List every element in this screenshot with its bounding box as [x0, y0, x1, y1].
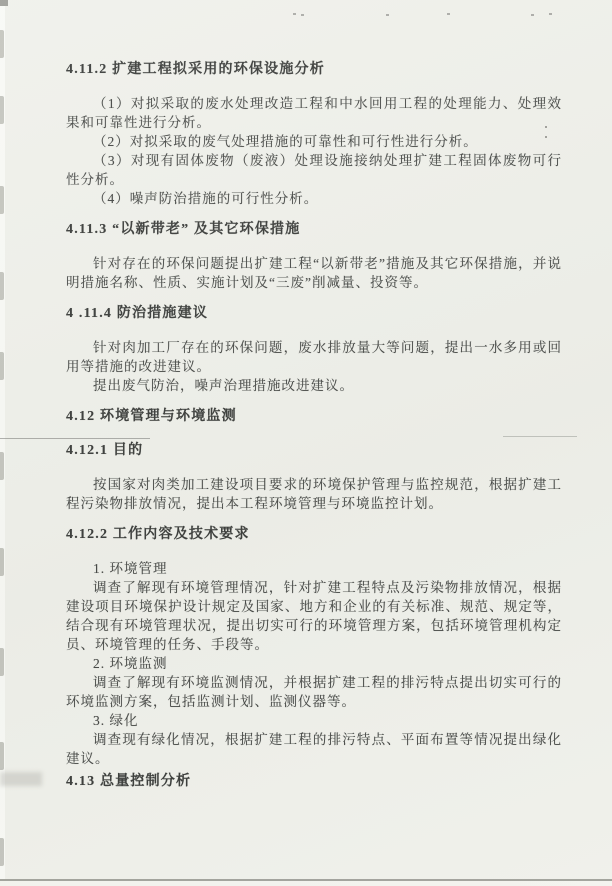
document-content: 4.11.2 扩建工程拟采用的环保设施分析 （1）对拟采取的废水处理改造工程和中…: [66, 60, 562, 806]
edge-tear-mark: [0, 96, 4, 124]
section-heading: 4.11.2 扩建工程拟采用的环保设施分析: [66, 60, 562, 79]
scanned-page: 4.11.2 扩建工程拟采用的环保设施分析 （1）对拟采取的废水处理改造工程和中…: [0, 0, 612, 886]
edge-tear-mark: [0, 272, 4, 300]
section-paragraph: （2）对拟采取的废气处理措施的可靠性和可行性进行分析。: [66, 132, 562, 151]
edge-tear-mark: [0, 30, 4, 58]
dust-speck: [549, 13, 552, 15]
edge-tear-mark: [0, 838, 4, 866]
edge-tear-mark: [0, 352, 4, 380]
section-heading: 4.12.2 工作内容及技术要求: [66, 525, 562, 544]
section-paragraph: 调查了解现有环境管理情况，针对扩建工程特点及污染物排放情况，根据建设项目环境保护…: [66, 578, 562, 654]
section-paragraph: （1）对拟采取的废水处理改造工程和中水回用工程的处理能力、处理效果和可靠性进行分…: [66, 94, 562, 132]
section-paragraph: 针对存在的环保问题提出扩建工程“以新带老”措施及其它环保措施，并说明措施名称、性…: [66, 254, 562, 292]
scan-smudge: [0, 772, 42, 786]
section-heading: 4.11.3 “以新带老” 及其它环保措施: [66, 220, 562, 239]
scan-corner-mark: [0, 0, 8, 6]
edge-tear-mark: [0, 186, 4, 214]
paper-crease-line: [0, 438, 150, 439]
section-paragraph: 3. 绿化: [66, 711, 562, 730]
section-paragraph: （3）对现有固体废物（废液）处理设施接纳处理扩建工程固体废物可行性分析。: [66, 151, 562, 189]
section-paragraph: 调查了解现有环境监测情况，并根据扩建工程的排污特点提出切实可行的环境监测方案，包…: [66, 673, 562, 711]
edge-tear-mark: [0, 648, 4, 676]
dust-speck: [293, 13, 296, 15]
stray-ink-mark: [545, 126, 547, 138]
edge-tear-mark: [0, 548, 4, 576]
edge-tear-mark: [0, 452, 4, 480]
dust-speck: [301, 14, 304, 16]
section-paragraph: 提出废气防治，噪声治理措施改进建议。: [66, 376, 562, 395]
section-heading: 4.13 总量控制分析: [66, 772, 562, 791]
section-paragraph: 针对肉加工厂存在的环保问题，废水排放量大等问题，提出一水多用或回用等措施的改进建…: [66, 338, 562, 376]
section-paragraph: 1. 环境管理: [66, 559, 562, 578]
section-paragraph: 按国家对肉类加工建设项目要求的环境保护管理与监控规范，根据扩建工程污染物排放情况…: [66, 475, 562, 513]
section-paragraph: （4）噪声防治措施的可行性分析。: [66, 189, 562, 208]
section-heading: 4 .11.4 防治措施建议: [66, 304, 562, 323]
paper-crease-line: [503, 436, 577, 437]
dust-speck: [386, 14, 389, 16]
section-paragraph: 2. 环境监测: [66, 654, 562, 673]
dust-speck: [447, 13, 450, 15]
section-paragraph: 调查现有绿化情况，根据扩建工程的排污特点、平面布置等情况提出绿化建议。: [66, 730, 562, 768]
scanner-background: [0, 881, 612, 886]
dust-speck: [531, 14, 534, 16]
edge-tear-mark: [0, 742, 4, 770]
section-heading: 4.12.1 目的: [66, 441, 562, 460]
section-heading: 4.12 环境管理与环境监测: [66, 407, 562, 426]
